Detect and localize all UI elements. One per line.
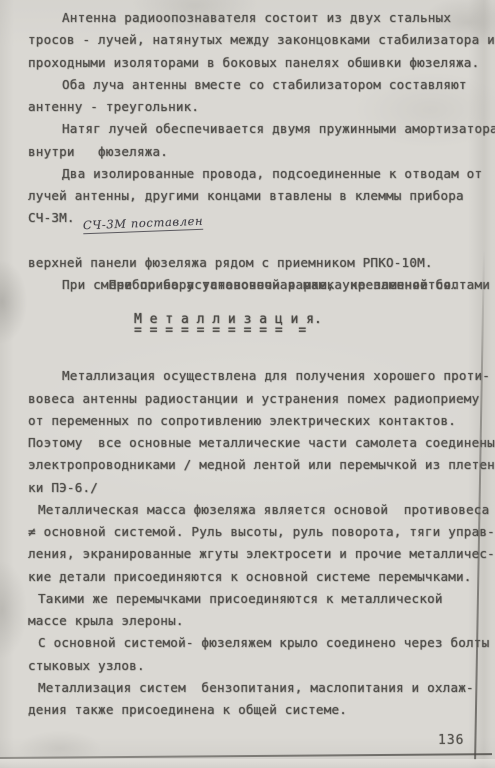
text-line: стыковых узлов. (28, 655, 490, 677)
text-line: антенну - треугольник. (28, 96, 490, 118)
page-number: 136 (438, 733, 464, 748)
text-line: лучей антенны, другими концами втавлены … (28, 185, 490, 207)
text-line: внутри фюзеляжа. (28, 141, 490, 163)
text-line: кие детали присоединяются к основной сис… (28, 566, 490, 588)
handwritten-annotation: СЧ-3М поставлен (83, 214, 204, 234)
text-line: Металлическая масса фюзеляжа является ос… (28, 499, 490, 521)
text-line: ки ПЭ-6./ (28, 477, 490, 499)
scanned-document-page: Антенна радиоопознавателя состоит из дву… (0, 0, 495, 768)
text-line: С основной системой- фюзеляжем крыло сое… (28, 632, 490, 654)
text-line: Два изолированные провода, подсоединенны… (28, 163, 490, 185)
typewritten-text-block: Антенна радиоопознавателя состоит из дву… (28, 7, 490, 721)
heading-underline: = = = = = = = = = = = (28, 327, 490, 339)
text-line: вовеса антенны радиостанции и устранения… (28, 388, 490, 410)
text-line: ≠ основной системой. Руль высоты, руль п… (28, 521, 490, 543)
text-line: от переменных по сопротивлению электриче… (28, 410, 490, 432)
text-line-with-annotation: СЧ-3М поставлен Прибор на установочной р… (28, 230, 490, 252)
text-line: Антенна радиоопознавателя состоит из дву… (28, 7, 490, 29)
text-line: Прибор на установочной рамке, укрепленно… (109, 277, 495, 292)
text-line: Металлизация осуществлена для получения … (28, 365, 490, 387)
text-line: Поэтому все основные металлические части… (28, 432, 490, 454)
text-line: Оба луча антенны вместе со стабилизаторо… (28, 74, 490, 96)
text-line: Такими же перемычками присоединяются к м… (28, 588, 490, 610)
scanner-background-strip (0, 759, 495, 768)
text-line: ления, экранированные жгуты электросети … (28, 543, 490, 565)
text-line: дения также присоединена к общей системе… (28, 699, 490, 721)
text-line: проходными изоляторами в боковых панелях… (28, 52, 490, 74)
text-line: электропроводниками / медной лентой или … (28, 454, 490, 476)
text-line: Металлизация систем бензопитания, маслоп… (28, 677, 490, 699)
text-line: Натяг лучей обеспечивается двумя пружинн… (28, 118, 490, 140)
text-line: тросов - лучей, натянутых между законцов… (28, 29, 490, 51)
text-line: массе крыла элероны. (28, 610, 490, 632)
